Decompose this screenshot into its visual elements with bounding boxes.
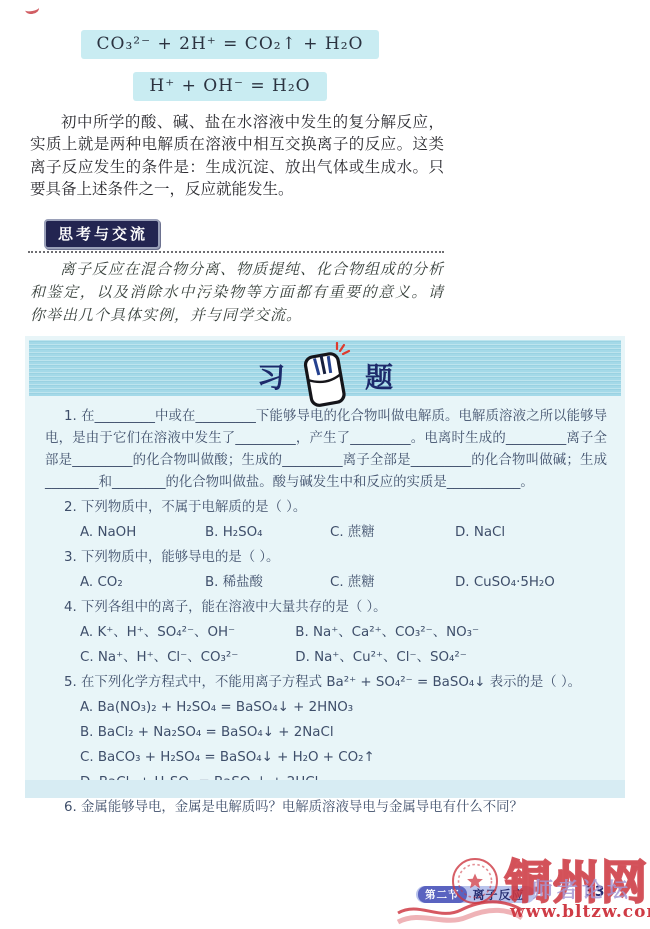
question-4-options-row2: C. Na⁺、H⁺、Cl⁻、CO₃²⁻ D. Na⁺、Cu²⁺、Cl⁻、SO₄²… (80, 647, 607, 669)
question-2-stem: 2. 下列物质中，不属于电解质的是（ ）。 (45, 497, 607, 519)
textbook-page: CO₃²⁻ + 2H⁺ = CO₂↑ + H₂O H⁺ + OH⁻ = H₂O … (0, 0, 650, 929)
intro-paragraph: 初中所学的酸、碱、盐在水溶液中发生的复分解反应，实质上就是两种电解质在溶液中相互… (30, 111, 444, 200)
exercises-title-right: 题 (365, 356, 393, 396)
exercises-title: 习 题 (25, 342, 625, 412)
question-4-options-row1: A. K⁺、H⁺、SO₄²⁻、OH⁻ B. Na⁺、Ca²⁺、CO₃²⁻、NO₃… (80, 622, 607, 644)
equation-neutralization: H⁺ + OH⁻ = H₂O (133, 72, 326, 101)
option: B. Na⁺、Ca²⁺、CO₃²⁻、NO₃⁻ (295, 622, 479, 644)
option: D. CuSO₄·5H₂O (455, 572, 555, 594)
dotted-divider (28, 251, 444, 253)
exercises-title-left: 习 (257, 356, 285, 396)
think-exchange-paragraph: 离子反应在混合物分离、物质提纯、化合物组成的分析和鉴定，以及消除水中污染物等方面… (30, 258, 444, 327)
question-1: 1. 在_________中或在_________下能够导电的化合物叫做电解质。… (45, 406, 607, 494)
question-5-stem: 5. 在下列化学方程式中，不能用离子方程式 Ba²⁺ + SO₄²⁻ = BaS… (45, 672, 607, 694)
question-5-option-c: C. BaCO₃ + H₂SO₄ = BaSO₄↓ + H₂O + CO₂↑ (80, 747, 607, 769)
question-4-stem: 4. 下列各组中的离子，能在溶液中大量共存的是（ ）。 (45, 597, 607, 619)
scan-artifact (24, 3, 40, 15)
watermark-url: www.bltzw.com (510, 902, 650, 922)
question-6: 6. 金属能够导电，金属是电解质吗？电解质溶液导电与金属导电有什么不同？ (45, 797, 607, 819)
option: D. NaCl (455, 522, 505, 544)
question-5-option-a: A. Ba(NO₃)₂ + H₂SO₄ = BaSO₄↓ + 2HNO₃ (80, 697, 607, 719)
option: A. CO₂ (80, 572, 205, 594)
question-3-options: A. CO₂ B. 稀盐酸 C. 蔗糖 D. CuSO₄·5H₂O (80, 572, 607, 594)
option: A. K⁺、H⁺、SO₄²⁻、OH⁻ (80, 622, 291, 644)
option: C. 蔗糖 (330, 522, 455, 544)
exercises-box-bottom-strip (25, 780, 625, 798)
option: C. Na⁺、H⁺、Cl⁻、CO₃²⁻ (80, 647, 291, 669)
exercise-questions: 1. 在_________中或在_________下能够导电的化合物叫做电解质。… (45, 406, 607, 822)
equation-carbonate: CO₃²⁻ + 2H⁺ = CO₂↑ + H₂O (81, 30, 380, 59)
option: B. 稀盐酸 (205, 572, 330, 594)
equation-block: CO₃²⁻ + 2H⁺ = CO₂↑ + H₂O H⁺ + OH⁻ = H₂O (40, 30, 420, 114)
pencil-case-icon (297, 342, 353, 412)
option: C. 蔗糖 (330, 572, 455, 594)
option: B. H₂SO₄ (205, 522, 330, 544)
question-5-option-b: B. BaCl₂ + Na₂SO₄ = BaSO₄↓ + 2NaCl (80, 722, 607, 744)
option: A. NaOH (80, 522, 205, 544)
exercises-box: 习 题 (25, 336, 625, 798)
think-exchange-header: 思考与交流 (44, 219, 160, 249)
option: D. Na⁺、Cu²⁺、Cl⁻、SO₄²⁻ (295, 647, 467, 669)
watermark-seal-icon (451, 857, 499, 909)
question-3-stem: 3. 下列物质中，能够导电的是（ ）。 (45, 547, 607, 569)
question-2-options: A. NaOH B. H₂SO₄ C. 蔗糖 D. NaCl (80, 522, 607, 544)
watermark-tagline: 师者论坛 (532, 874, 632, 904)
